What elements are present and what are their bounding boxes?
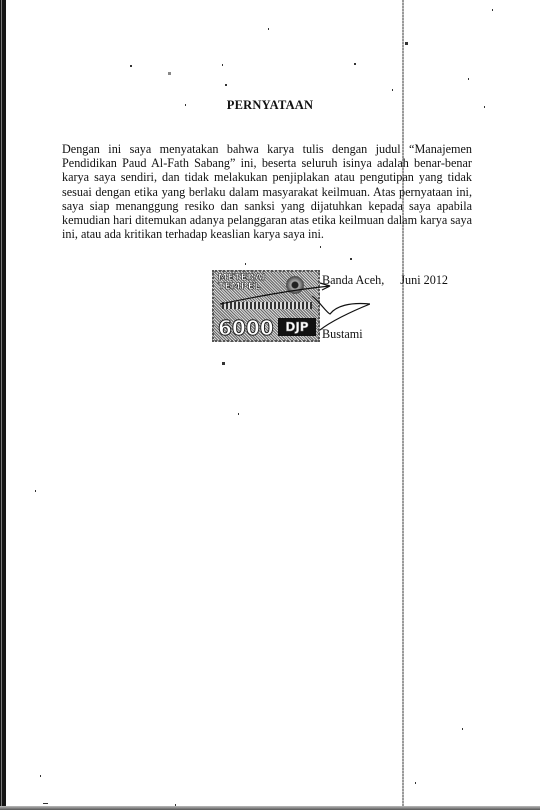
paragraph-line: Pendidikan Paud Al-Fath Sabang” ini, bes…: [62, 156, 472, 170]
scanned-page: PERNYATAAN Dengan ini saya menyatakan ba…: [0, 0, 540, 810]
signature-place: Banda Aceh,: [322, 273, 384, 287]
scan-speck: [415, 782, 416, 784]
scan-speck: [405, 42, 408, 45]
paragraph-line: saya siap menanggung resiko dan sanksi y…: [62, 199, 472, 213]
scan-speck: [392, 89, 393, 91]
scan-speck: [175, 804, 176, 806]
scan-speck: [222, 64, 223, 66]
scan-speck: [354, 63, 356, 65]
scan-speck: [238, 413, 239, 415]
paragraph-line: Dengan ini saya menyatakan bahwa karya t…: [62, 142, 472, 156]
handwritten-signature: [220, 282, 370, 332]
signature-place-date: Banda Aceh,Juni 2012: [322, 273, 448, 288]
scan-speck: [225, 84, 227, 86]
statement-paragraph: Dengan ini saya menyatakan bahwa karya t…: [62, 142, 472, 241]
signatory-name: Bustami: [322, 327, 363, 342]
document-title: PERNYATAAN: [0, 98, 540, 113]
scan-speck: [245, 263, 246, 265]
scan-speck: [350, 258, 352, 260]
scan-speck: [40, 775, 41, 777]
scan-speck: [130, 65, 132, 67]
scan-speck: [222, 362, 225, 365]
scan-speck: [462, 728, 463, 730]
scan-speck: [492, 9, 493, 11]
paragraph-line: ini, atau ada kritikan terhadap keaslian…: [62, 227, 472, 241]
scan-speck: [320, 246, 321, 248]
scan-speck: [35, 490, 36, 492]
paragraph-line: kemudian hari ditemukan adanya pelanggar…: [62, 213, 472, 227]
paragraph-line: karya saya sendiri, dan tidak melakukan …: [62, 170, 472, 184]
scan-speck: [268, 28, 269, 30]
scan-speck: [468, 78, 469, 80]
scan-left-border-inner: [1, 0, 2, 810]
signature-date: Juni 2012: [400, 273, 448, 287]
scan-speck: [168, 72, 171, 75]
scan-bottom-border: [0, 806, 540, 810]
paragraph-line: sesuai dengan etika yang berlaku dalam m…: [62, 185, 472, 199]
scan-speck: [43, 803, 48, 804]
scan-fold-line: [402, 0, 404, 806]
